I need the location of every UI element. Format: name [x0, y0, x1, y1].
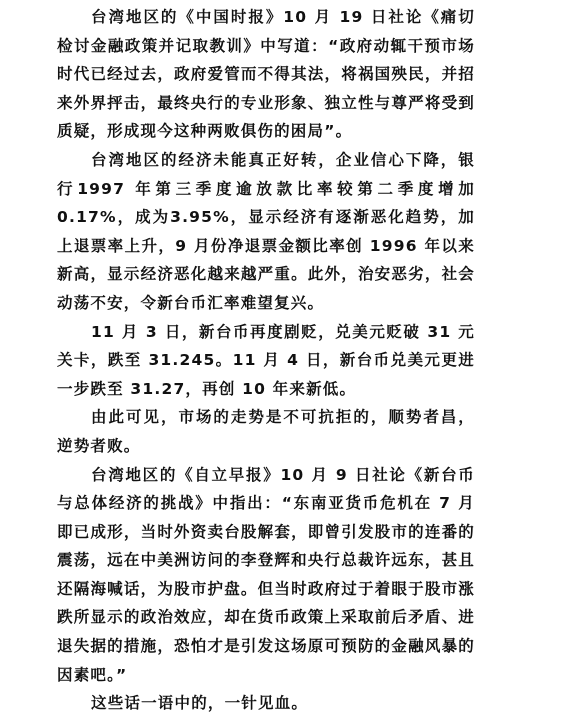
document-page: 台湾地区的《中国时报》10 月 19 日社论《痛切检讨金融政策并记取教训》中写道…: [57, 3, 475, 718]
paragraph-exchange-rate-drop: 11 月 3 日，新台币再度剧贬，兑美元贬破 31 元关卡，跌至 31.245。…: [57, 318, 475, 404]
paragraph-economy-deterioration: 台湾地区的经济未能真正好转，企业信心下降，银行1997 年第三季度逾放款比率较第…: [57, 146, 475, 318]
paragraph-conclusion: 这些话一语中的，一针见血。: [57, 689, 475, 718]
paragraph-market-trend: 由此可见，市场的走势是不可抗拒的，顺势者昌，逆势者败。: [57, 403, 475, 460]
paragraph-china-times-editorial: 台湾地区的《中国时报》10 月 19 日社论《痛切检讨金融政策并记取教训》中写道…: [57, 3, 475, 146]
paragraph-independence-morning-post-editorial: 台湾地区的《自立早报》10 月 9 日社论《新台币与总体经济的挑战》中指出：“东…: [57, 461, 475, 690]
